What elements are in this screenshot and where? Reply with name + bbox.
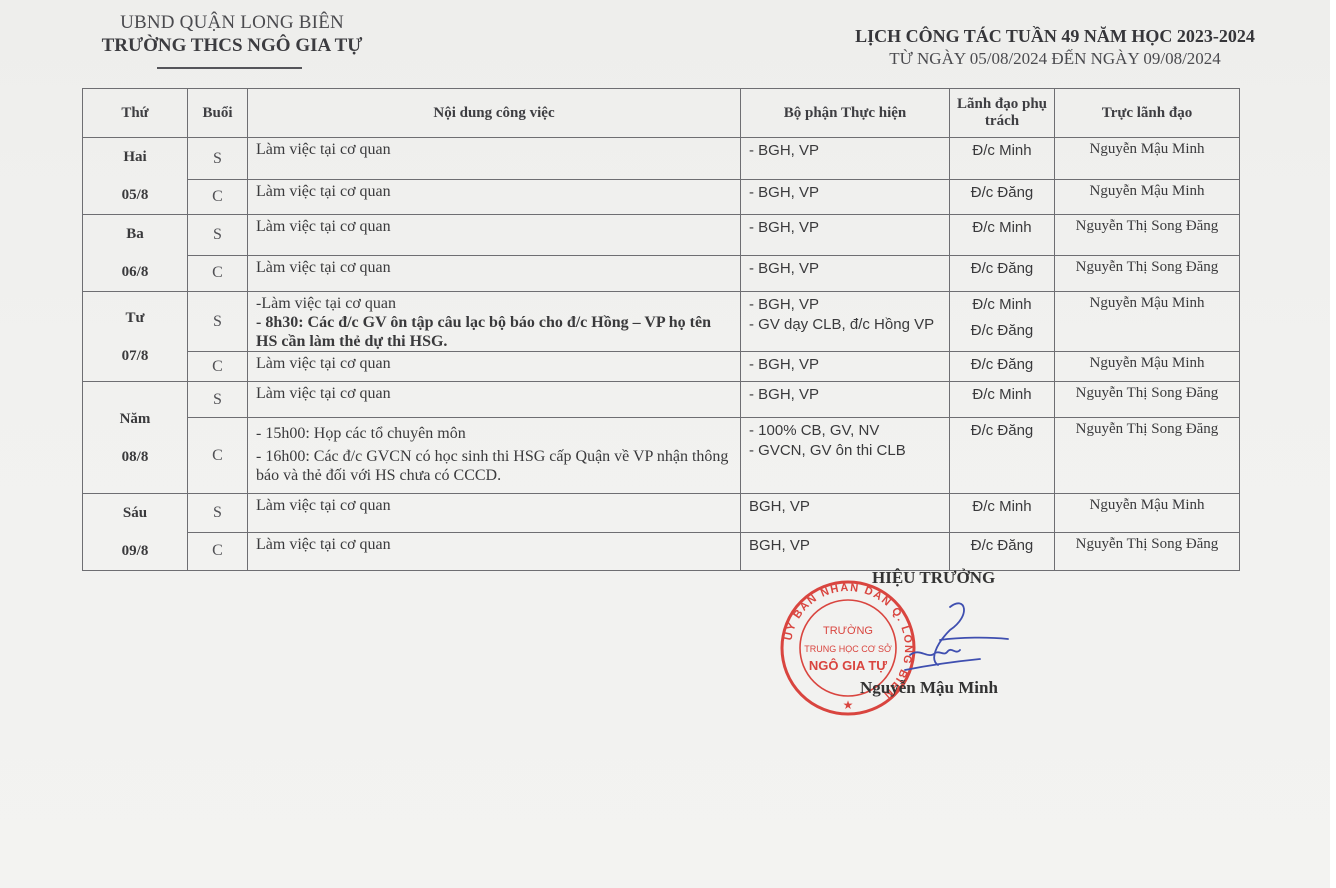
- duty-cell: Nguyễn Mậu Minh: [1055, 180, 1240, 215]
- star-icon: ★: [843, 698, 854, 712]
- session-cell: S: [188, 292, 248, 352]
- dept-cell: - BGH, VP: [741, 382, 950, 418]
- dept-text: BGH, VP: [749, 536, 941, 556]
- stamp-line3: NGÔ GIA TỰ: [809, 658, 887, 673]
- lead-text: Đ/c Đăng: [958, 256, 1046, 282]
- schedule-table: Thứ Buổi Nội dung công việc Bộ phận Thực…: [82, 88, 1240, 571]
- task-cell: Làm việc tại cơ quan: [248, 532, 741, 571]
- lead-text: Đ/c Minh: [958, 494, 1046, 520]
- duty-cell: Nguyễn Thị Song Đăng: [1055, 215, 1240, 256]
- lead-cell: Đ/c MinhĐ/c Đăng: [950, 292, 1055, 352]
- lead-cell: Đ/c Minh: [950, 382, 1055, 418]
- dept-text: - GV dạy CLB, đ/c Hồng VP: [749, 315, 941, 335]
- duty-cell: Nguyễn Thị Song Đăng: [1055, 532, 1240, 571]
- session-cell: C: [188, 352, 248, 382]
- lead-text: Đ/c Đăng: [958, 352, 1046, 378]
- issuer-header: UBND QUẬN LONG BIÊN TRƯỜNG THCS NGÔ GIA …: [82, 12, 382, 69]
- session-cell: C: [188, 180, 248, 215]
- task-cell: Làm việc tại cơ quan: [248, 215, 741, 256]
- task-cell: Làm việc tại cơ quan: [248, 382, 741, 418]
- page-edge: [1330, 0, 1336, 888]
- lead-cell: Đ/c Đăng: [950, 255, 1055, 291]
- document-title: LỊCH CÔNG TÁC TUẦN 49 NĂM HỌC 2023-2024: [840, 26, 1270, 47]
- duty-cell: Nguyễn Mậu Minh: [1055, 292, 1240, 352]
- duty-cell: Nguyễn Mậu Minh: [1055, 352, 1240, 382]
- dept-cell: BGH, VP: [741, 532, 950, 571]
- col-duty: Trực lãnh đạo: [1055, 89, 1240, 138]
- duty-cell: Nguyễn Mậu Minh: [1055, 138, 1240, 180]
- day-cell: Sáu09/8: [83, 494, 188, 571]
- session-cell: S: [188, 382, 248, 418]
- date-range: TỪ NGÀY 05/08/2024 ĐẾN NGÀY 09/08/2024: [840, 49, 1270, 69]
- day-cell: Năm08/8: [83, 382, 188, 494]
- task-cell: -Làm việc tại cơ quan- 8h30: Các đ/c GV …: [248, 292, 741, 352]
- task-text: Làm việc tại cơ quan: [256, 182, 732, 201]
- school-name: TRƯỜNG THCS NGÔ GIA TỰ: [82, 35, 382, 57]
- day-cell: Hai05/8: [83, 138, 188, 215]
- lead-text: Đ/c Minh: [958, 382, 1046, 408]
- table-row: CLàm việc tại cơ quan- BGH, VPĐ/c ĐăngNg…: [83, 180, 1240, 215]
- lead-cell: Đ/c Minh: [950, 138, 1055, 180]
- task-cell: Làm việc tại cơ quan: [248, 494, 741, 533]
- duty-cell: Nguyễn Thị Song Đăng: [1055, 255, 1240, 291]
- day-date: 06/8: [91, 253, 179, 291]
- col-lead: Lãnh đạo phụ trách: [950, 89, 1055, 138]
- task-text: Làm việc tại cơ quan: [256, 384, 732, 403]
- stamp-line1: TRƯỜNG: [823, 624, 873, 637]
- lead-text: Đ/c Minh: [958, 292, 1046, 318]
- dept-text: - BGH, VP: [749, 355, 941, 375]
- day-date: 08/8: [91, 438, 179, 476]
- day-date: 09/8: [91, 532, 179, 570]
- task-text: Làm việc tại cơ quan: [256, 140, 732, 159]
- task-cell: Làm việc tại cơ quan: [248, 180, 741, 215]
- dept-text: BGH, VP: [749, 497, 941, 517]
- table-row: Năm08/8SLàm việc tại cơ quan- BGH, VPĐ/c…: [83, 382, 1240, 418]
- duty-cell: Nguyễn Thị Song Đăng: [1055, 382, 1240, 418]
- dept-cell: - BGH, VP: [741, 255, 950, 291]
- col-dept: Bộ phận Thực hiện: [741, 89, 950, 138]
- session-cell: C: [188, 532, 248, 571]
- task-cell: Làm việc tại cơ quan: [248, 352, 741, 382]
- signature-block: HIỆU TRƯỞNG Nguyễn Mậu Minh: [872, 568, 995, 588]
- lead-cell: Đ/c Đăng: [950, 418, 1055, 494]
- dept-cell: - BGH, VP- GV dạy CLB, đ/c Hồng VP: [741, 292, 950, 352]
- lead-text: Đ/c Đăng: [958, 533, 1046, 559]
- dept-cell: - 100% CB, GV, NV- GVCN, GV ôn thi CLB: [741, 418, 950, 494]
- day-name: Tư: [91, 299, 179, 337]
- task-text: Làm việc tại cơ quan: [256, 354, 732, 373]
- task-text: Làm việc tại cơ quan: [256, 217, 732, 236]
- dept-text: - 100% CB, GV, NV: [749, 421, 941, 441]
- day-cell: Tư07/8: [83, 292, 188, 382]
- lead-text: Đ/c Đăng: [958, 318, 1046, 344]
- dept-cell: - BGH, VP: [741, 352, 950, 382]
- lead-text: Đ/c Minh: [958, 215, 1046, 241]
- session-cell: C: [188, 255, 248, 291]
- document-heading: LỊCH CÔNG TÁC TUẦN 49 NĂM HỌC 2023-2024 …: [840, 26, 1270, 69]
- task-cell: Làm việc tại cơ quan: [248, 138, 741, 180]
- task-text: - 16h00: Các đ/c GVCN có học sinh thi HS…: [256, 447, 732, 485]
- session-cell: S: [188, 215, 248, 256]
- lead-cell: Đ/c Minh: [950, 494, 1055, 533]
- session-cell: C: [188, 418, 248, 494]
- lead-cell: Đ/c Đăng: [950, 532, 1055, 571]
- duty-cell: Nguyễn Thị Song Đăng: [1055, 418, 1240, 494]
- col-day: Thứ: [83, 89, 188, 138]
- stamp-line2: TRUNG HỌC CƠ SỞ: [804, 643, 892, 654]
- lead-cell: Đ/c Minh: [950, 215, 1055, 256]
- day-date: 07/8: [91, 337, 179, 375]
- duty-cell: Nguyễn Mậu Minh: [1055, 494, 1240, 533]
- table-row: Hai05/8SLàm việc tại cơ quan- BGH, VPĐ/c…: [83, 138, 1240, 180]
- table-row: CLàm việc tại cơ quanBGH, VPĐ/c ĐăngNguy…: [83, 532, 1240, 571]
- task-text: -Làm việc tại cơ quan: [256, 294, 732, 313]
- col-session: Buổi: [188, 89, 248, 138]
- table-row: C- 15h00: Họp các tổ chuyên môn- 16h00: …: [83, 418, 1240, 494]
- lead-cell: Đ/c Đăng: [950, 180, 1055, 215]
- session-cell: S: [188, 138, 248, 180]
- table-row: CLàm việc tại cơ quan- BGH, VPĐ/c ĐăngNg…: [83, 352, 1240, 382]
- signer-title: HIỆU TRƯỞNG: [872, 568, 995, 588]
- session-cell: S: [188, 494, 248, 533]
- col-task: Nội dung công việc: [248, 89, 741, 138]
- dept-cell: - BGH, VP: [741, 138, 950, 180]
- signer-name: Nguyễn Mậu Minh: [860, 678, 998, 698]
- dept-cell: BGH, VP: [741, 494, 950, 533]
- task-text: Làm việc tại cơ quan: [256, 535, 732, 554]
- dept-text: - BGH, VP: [749, 141, 941, 161]
- task-cell: Làm việc tại cơ quan: [248, 255, 741, 291]
- task-text: Làm việc tại cơ quan: [256, 496, 732, 515]
- dept-text: - BGH, VP: [749, 218, 941, 238]
- table-row: Ba06/8SLàm việc tại cơ quan- BGH, VPĐ/c …: [83, 215, 1240, 256]
- task-text: - 8h30: Các đ/c GV ôn tập câu lạc bộ báo…: [256, 313, 732, 351]
- dept-cell: - BGH, VP: [741, 180, 950, 215]
- day-name: Năm: [91, 400, 179, 438]
- day-date: 05/8: [91, 176, 179, 214]
- day-name: Sáu: [91, 494, 179, 532]
- day-name: Hai: [91, 138, 179, 176]
- lead-cell: Đ/c Đăng: [950, 352, 1055, 382]
- day-cell: Ba06/8: [83, 215, 188, 292]
- lead-text: Đ/c Đăng: [958, 180, 1046, 206]
- dept-text: - BGH, VP: [749, 295, 941, 315]
- day-name: Ba: [91, 215, 179, 253]
- dept-text: - BGH, VP: [749, 259, 941, 279]
- task-cell: - 15h00: Họp các tổ chuyên môn- 16h00: C…: [248, 418, 741, 494]
- dept-text: - BGH, VP: [749, 385, 941, 405]
- table-row: Sáu09/8SLàm việc tại cơ quanBGH, VPĐ/c M…: [83, 494, 1240, 533]
- lead-text: Đ/c Đăng: [958, 418, 1046, 444]
- header-underline: [157, 67, 302, 69]
- dept-text: - BGH, VP: [749, 183, 941, 203]
- task-text: Làm việc tại cơ quan: [256, 258, 732, 277]
- dept-cell: - BGH, VP: [741, 215, 950, 256]
- table-header-row: Thứ Buổi Nội dung công việc Bộ phận Thực…: [83, 89, 1240, 138]
- dept-text: - GVCN, GV ôn thi CLB: [749, 441, 941, 461]
- table-row: Tư07/8S-Làm việc tại cơ quan- 8h30: Các …: [83, 292, 1240, 352]
- table-row: CLàm việc tại cơ quan- BGH, VPĐ/c ĐăngNg…: [83, 255, 1240, 291]
- schedule-body: Hai05/8SLàm việc tại cơ quan- BGH, VPĐ/c…: [83, 138, 1240, 571]
- lead-text: Đ/c Minh: [958, 138, 1046, 164]
- task-text: - 15h00: Họp các tổ chuyên môn: [256, 424, 732, 443]
- authority-name: UBND QUẬN LONG BIÊN: [82, 12, 382, 34]
